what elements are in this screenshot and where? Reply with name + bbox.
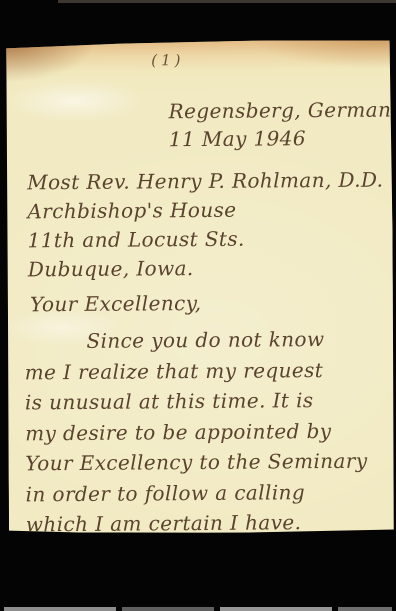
recipient-name: Most Rev. Henry P. Rohlman, D.D. [27, 166, 383, 198]
dateline-date: 11 May 1946 [169, 123, 396, 153]
recipient-building: Archbishop's House [27, 195, 383, 227]
letter-body: Since you do not know me I realize that … [24, 324, 368, 540]
scan-artifact-segment [220, 607, 332, 611]
scan-edge-artifact-bottom [0, 606, 396, 611]
body-line: Since you do not know [24, 324, 366, 357]
scan-artifact-segment [338, 607, 392, 611]
scan-artifact-segment [122, 607, 214, 611]
body-line: Your Excellency to the Seminary [25, 446, 367, 479]
letter-page: (1) Regensberg, Germany 11 May 1946 Most… [5, 39, 395, 534]
body-line: my desire to be appointed by [25, 415, 367, 448]
scan-edge-artifact-top [58, 0, 396, 3]
recipient-address: Most Rev. Henry P. Rohlman, D.D. Archbis… [27, 166, 384, 285]
body-line: is unusual at this time. It is [25, 385, 367, 418]
recipient-street: 11th and Locust Sts. [28, 224, 384, 256]
scan-artifact-segment [4, 607, 116, 611]
salutation: Your Excellency, [30, 291, 202, 316]
body-line: in order to follow a calling [26, 476, 368, 509]
body-line: me I realize that my request [25, 354, 367, 387]
page-number: (1) [151, 51, 184, 69]
dateline-place: Regensberg, Germany [169, 95, 396, 125]
dateline: Regensberg, Germany 11 May 1946 [169, 95, 396, 153]
recipient-city: Dubuque, Iowa. [28, 253, 384, 285]
